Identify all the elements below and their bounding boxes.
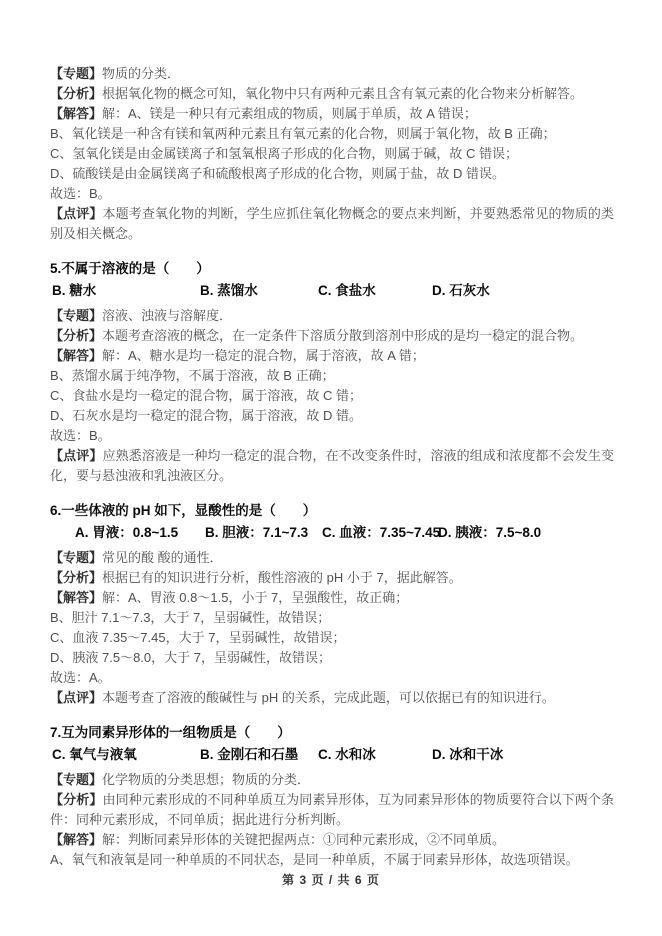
explanation-line: B、蒸馏水属于纯净物，不属于溶液，故 B 正确；	[50, 366, 614, 386]
line-text: 故选：B。	[50, 428, 111, 443]
line-text: A、氧气和液氧是同一种单质的不同状态，是同一种单质，不属于同素异形体，故选项错误…	[50, 852, 579, 867]
option-a: A. 胃液：0.8~1.5	[75, 523, 205, 543]
option-d: D. 石灰水	[432, 281, 490, 301]
exam-answer-page: 【专题】物质的分类． 【分析】根据氧化物的概念可知，氧化物中只有两种元素且含有氧…	[0, 0, 662, 936]
page-footer: 第 3 页 / 共 6 页	[0, 872, 662, 888]
explanation-line: 【专题】溶液、浊液与溶解度．	[50, 306, 614, 326]
line-text: 本题考查溶液的概念，在一定条件下溶质分散到溶剂中形成的是均一稳定的混合物。	[102, 328, 583, 343]
options-row: A. 胃液：0.8~1.5 B. 胆液：7.1~7.3 C. 血液：7.35~7…	[50, 523, 614, 543]
options-row: B. 糖水 B. 蒸馏水 C. 食盐水 D. 石灰水	[50, 281, 614, 301]
option-c: C. 食盐水	[318, 281, 432, 301]
question-7: 7.互为同素异形体的一组物质是（ ） C. 氧气与液氧 B. 金刚石和石墨 C.…	[50, 723, 614, 870]
options-row: C. 氧气与液氧 B. 金刚石和石墨 C. 水和冰 D. 冰和干冰	[50, 745, 614, 765]
explanation-line: 【分析】本题考查溶液的概念，在一定条件下溶质分散到溶剂中形成的是均一稳定的混合物…	[50, 326, 614, 346]
analysis-tag: 【分析】	[50, 570, 102, 585]
explanation-line: B、胆汁 7.1～7.3，大于 7，呈弱碱性，故错误；	[50, 608, 614, 628]
option-d: D. 冰和干冰	[432, 745, 503, 765]
page-content: 【专题】物质的分类． 【分析】根据氧化物的概念可知，氧化物中只有两种元素且含有氧…	[0, 0, 662, 870]
line-text: 解：A、胃液 0.8～1.5，小于 7，呈强酸性，故正确；	[102, 590, 408, 605]
line-text: B、胆汁 7.1～7.3，大于 7，呈弱碱性，故错误；	[50, 610, 330, 625]
line-text: 解：判断同素异形体的关键把握两点：①同种元素形成，②不同单质。	[102, 832, 505, 847]
explanation-line: 【点评】本题考查了溶液的酸碱性与 pH 的关系，完成此题，可以依据已有的知识进行…	[50, 688, 614, 708]
line-text: D、石灰水是均一稳定的混合物，属于溶液，故 D 错。	[50, 408, 362, 423]
option-c: C. 水和冰	[318, 745, 432, 765]
line-text: 故选：A。	[50, 670, 111, 685]
explanation-line: 【分析】由同种元素形成的不同种单质互为同素异形体，互为同素异形体的物质要符合以下…	[50, 790, 614, 830]
question-title: 7.互为同素异形体的一组物质是（ ）	[50, 723, 614, 743]
line-text: 应熟悉溶液是一种均一稳定的混合物，在不改变条件时，溶液的组成和浓度都不会发生变化…	[50, 448, 614, 483]
explanation-line: C、血液 7.35～7.45，大于 7，呈弱碱性，故错误；	[50, 628, 614, 648]
option-b: B. 胆液：7.1~7.3	[205, 523, 322, 543]
line-text: B、氧化镁是一种含有镁和氧两种元素且有氧元素的化合物，则属于氧化物，故 B 正确…	[50, 126, 556, 141]
answer-choice-line: 故选：B。	[50, 426, 614, 446]
analysis-tag: 【分析】	[50, 328, 102, 343]
explanation-line: 【解答】解：A、胃液 0.8～1.5，小于 7，呈强酸性，故正确；	[50, 588, 614, 608]
topic-tag: 【专题】	[50, 66, 102, 81]
line-text: D、胰液 7.5～8.0，大于 7，呈弱碱性，故错误；	[50, 650, 331, 665]
line-text: 故选：B。	[50, 186, 111, 201]
analysis-tag: 【分析】	[50, 86, 102, 101]
answer-tag: 【解答】	[50, 832, 102, 847]
option-b: B. 蒸馏水	[200, 281, 318, 301]
explanation-line: A、氧气和液氧是同一种单质的不同状态，是同一种单质，不属于同素异形体，故选项错误…	[50, 850, 614, 870]
explanation-line: 【专题】物质的分类．	[50, 64, 614, 84]
explanation-line: 【解答】解：A、镁是一种只有元素组成的物质，则属于单质，故 A 错误；	[50, 104, 614, 124]
topic-tag: 【专题】	[50, 772, 102, 787]
line-text: 化学物质的分类思想；物质的分类．	[102, 772, 310, 787]
comment-tag: 【点评】	[50, 206, 102, 221]
explanation-line: 【分析】根据已有的知识进行分析，酸性溶液的 pH 小于 7，据此解答。	[50, 568, 614, 588]
answer-tag: 【解答】	[50, 348, 102, 363]
question-5: 5.不属于溶液的是（ ） B. 糖水 B. 蒸馏水 C. 食盐水 D. 石灰水 …	[50, 259, 614, 486]
explanation-line: C、食盐水是均一稳定的混合物，属于溶液，故 C 错；	[50, 386, 614, 406]
line-text: 根据氧化物的概念可知，氧化物中只有两种元素且含有氧元素的化合物来分析解答。	[102, 86, 583, 101]
answer-choice-line: 故选：A。	[50, 668, 614, 688]
explanation-line: 【点评】应熟悉溶液是一种均一稳定的混合物，在不改变条件时，溶液的组成和浓度都不会…	[50, 446, 614, 486]
question-title: 6.一些体液的 pH 如下，显酸性的是（ ）	[50, 501, 614, 521]
answer-tag: 【解答】	[50, 590, 102, 605]
explanation-line: 【解答】解：A、糖水是均一稳定的混合物，属于溶液，故 A 错；	[50, 346, 614, 366]
line-text: 本题考查了溶液的酸碱性与 pH 的关系，完成此题，可以依据已有的知识进行。	[102, 690, 555, 705]
explanation-line: 【分析】根据氧化物的概念可知，氧化物中只有两种元素且含有氧元素的化合物来分析解答…	[50, 84, 614, 104]
answer-choice-line: 故选：B。	[50, 184, 614, 204]
option-a: C. 氧气与液氧	[52, 745, 200, 765]
explanation-line: D、胰液 7.5～8.0，大于 7，呈弱碱性，故错误；	[50, 648, 614, 668]
line-text: 解：A、镁是一种只有元素组成的物质，则属于单质，故 A 错误；	[102, 106, 477, 121]
line-text: 由同种元素形成的不同种单质互为同素异形体，互为同素异形体的物质要符合以下两个条件…	[50, 792, 614, 827]
line-text: 物质的分类．	[102, 66, 180, 81]
line-text: D、硫酸镁是由金属镁离子和硫酸根离子形成的化合物，则属于盐，故 D 错误。	[50, 166, 505, 181]
explanation-line: D、硫酸镁是由金属镁离子和硫酸根离子形成的化合物，则属于盐，故 D 错误。	[50, 164, 614, 184]
topic-tag: 【专题】	[50, 308, 102, 323]
line-text: 常见的酸 酸的通性．	[102, 550, 223, 565]
comment-tag: 【点评】	[50, 690, 102, 705]
option-c: C. 血液：7.35~7.45	[322, 523, 438, 543]
question-6: 6.一些体液的 pH 如下，显酸性的是（ ） A. 胃液：0.8~1.5 B. …	[50, 501, 614, 708]
option-b: B. 金刚石和石墨	[200, 745, 318, 765]
explanation-line: 【点评】本题考查氧化物的判断，学生应抓住氧化物概念的要点来判断，并要熟悉常见的物…	[50, 204, 614, 244]
analysis-tag: 【分析】	[50, 792, 102, 807]
question-title: 5.不属于溶液的是（ ）	[50, 259, 614, 279]
explanation-line: 【专题】化学物质的分类思想；物质的分类．	[50, 770, 614, 790]
line-text: 根据已有的知识进行分析，酸性溶液的 pH 小于 7，据此解答。	[102, 570, 462, 585]
option-a: B. 糖水	[52, 281, 200, 301]
explanation-line: 【专题】常见的酸 酸的通性．	[50, 548, 614, 568]
explanation-line: C、氢氧化镁是由金属镁离子和氢氧根离子形成的化合物，则属于碱，故 C 错误；	[50, 144, 614, 164]
option-d: D. 胰液：7.5~8.0	[438, 523, 541, 543]
explanation-line: D、石灰水是均一稳定的混合物，属于溶液，故 D 错。	[50, 406, 614, 426]
line-text: 本题考查氧化物的判断，学生应抓住氧化物概念的要点来判断，并要熟悉常见的物质的类别…	[50, 206, 614, 241]
line-text: C、氢氧化镁是由金属镁离子和氢氧根离子形成的化合物，则属于碱，故 C 错误；	[50, 146, 518, 161]
comment-tag: 【点评】	[50, 448, 102, 463]
line-text: C、血液 7.35～7.45，大于 7，呈弱碱性，故错误；	[50, 630, 345, 645]
line-text: 溶液、浊液与溶解度．	[102, 308, 232, 323]
line-text: B、蒸馏水属于纯净物，不属于溶液，故 B 正确；	[50, 368, 335, 383]
line-text: 解：A、糖水是均一稳定的混合物，属于溶液，故 A 错；	[102, 348, 425, 363]
explanation-line: 【解答】解：判断同素异形体的关键把握两点：①同种元素形成，②不同单质。	[50, 830, 614, 850]
question-4-explanation: 【专题】物质的分类． 【分析】根据氧化物的概念可知，氧化物中只有两种元素且含有氧…	[50, 64, 614, 244]
explanation-line: B、氧化镁是一种含有镁和氧两种元素且有氧元素的化合物，则属于氧化物，故 B 正确…	[50, 124, 614, 144]
answer-tag: 【解答】	[50, 106, 102, 121]
line-text: C、食盐水是均一稳定的混合物，属于溶液，故 C 错；	[50, 388, 362, 403]
topic-tag: 【专题】	[50, 550, 102, 565]
